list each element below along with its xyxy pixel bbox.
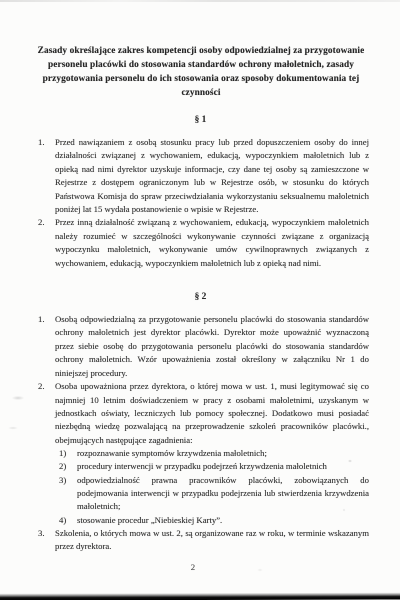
document-title: Zasady określające zakres kompetencji os… bbox=[33, 44, 369, 100]
scanned-document-page: Zasady określające zakres kompetencji os… bbox=[0, 0, 400, 600]
list-item: 2.Przez inną działalność związaną z wych… bbox=[38, 216, 369, 270]
sub-list-item: 4)stosowanie procedur „Niebieskiej Karty… bbox=[59, 514, 369, 527]
item-number: 1. bbox=[38, 313, 55, 380]
section-heading: § 1 bbox=[32, 114, 369, 126]
list-item: 3.Szkolenia, o których mowa w ust. 2, są… bbox=[38, 527, 369, 554]
sub-item-text: odpowiedzialność prawna pracowników plac… bbox=[77, 474, 369, 514]
section-heading: § 2 bbox=[32, 291, 369, 303]
sub-item-text: stosowanie procedur „Niebieskiej Karty”. bbox=[77, 514, 222, 527]
scan-bottom-edge-artifact bbox=[0, 592, 400, 600]
section-2: § 21.Osobą odpowiedzialną za przygotowan… bbox=[38, 291, 369, 554]
item-number: 2. bbox=[38, 380, 55, 527]
list-item: 1.Osobą odpowiedzialną za przygotowanie … bbox=[38, 313, 369, 380]
document-content: Zasady określające zakres kompetencji os… bbox=[38, 44, 369, 554]
scan-top-edge-artifact bbox=[0, 0, 400, 2]
item-text: Przed nawiązaniem z osobą stosunku pracy… bbox=[55, 136, 369, 216]
item-text: Osobą odpowiedzialną za przygotowanie pe… bbox=[55, 313, 369, 380]
item-text: Szkolenia, o których mowa w ust. 2, są o… bbox=[55, 527, 369, 554]
sub-list-item: 1)rozpoznawanie symptomów krzywdzenia ma… bbox=[59, 447, 369, 460]
sub-list: 1)rozpoznawanie symptomów krzywdzenia ma… bbox=[59, 447, 369, 527]
item-text: Osoba upoważniona przez dyrektora, o któ… bbox=[55, 380, 369, 447]
sub-item-number: 2) bbox=[59, 460, 77, 473]
sub-item-number: 3) bbox=[59, 474, 77, 514]
section-1: § 11.Przed nawiązaniem z osobą stosunku … bbox=[38, 114, 369, 270]
sub-list-item: 2)procedury interwencji w przypadku pode… bbox=[59, 460, 369, 473]
sub-item-number: 1) bbox=[59, 447, 77, 460]
sub-list-item: 3)odpowiedzialność prawna pracowników pl… bbox=[59, 474, 369, 514]
page-number: 2 bbox=[0, 562, 386, 572]
item-body: Przez inną działalność związaną z wychow… bbox=[55, 216, 369, 270]
item-number: 2. bbox=[38, 216, 55, 270]
item-list: 1.Osobą odpowiedzialną za przygotowanie … bbox=[38, 313, 369, 554]
sub-item-text: rozpoznawanie symptomów krzywdzenia mało… bbox=[77, 447, 267, 460]
sub-item-text: procedury interwencji w przypadku podejr… bbox=[77, 460, 327, 473]
item-body: Szkolenia, o których mowa w ust. 2, są o… bbox=[55, 527, 369, 554]
item-list: 1.Przed nawiązaniem z osobą stosunku pra… bbox=[38, 136, 369, 270]
sub-item-number: 4) bbox=[59, 514, 77, 527]
item-body: Osobą odpowiedzialną za przygotowanie pe… bbox=[55, 313, 369, 380]
item-number: 3. bbox=[38, 527, 55, 554]
document-body: § 11.Przed nawiązaniem z osobą stosunku … bbox=[38, 114, 369, 554]
item-text: Przez inną działalność związaną z wychow… bbox=[55, 216, 369, 270]
item-body: Przed nawiązaniem z osobą stosunku pracy… bbox=[55, 136, 369, 216]
list-item: 1.Przed nawiązaniem z osobą stosunku pra… bbox=[38, 136, 369, 216]
item-body: Osoba upoważniona przez dyrektora, o któ… bbox=[55, 380, 369, 527]
list-item: 2.Osoba upoważniona przez dyrektora, o k… bbox=[38, 380, 369, 527]
item-number: 1. bbox=[38, 136, 55, 216]
